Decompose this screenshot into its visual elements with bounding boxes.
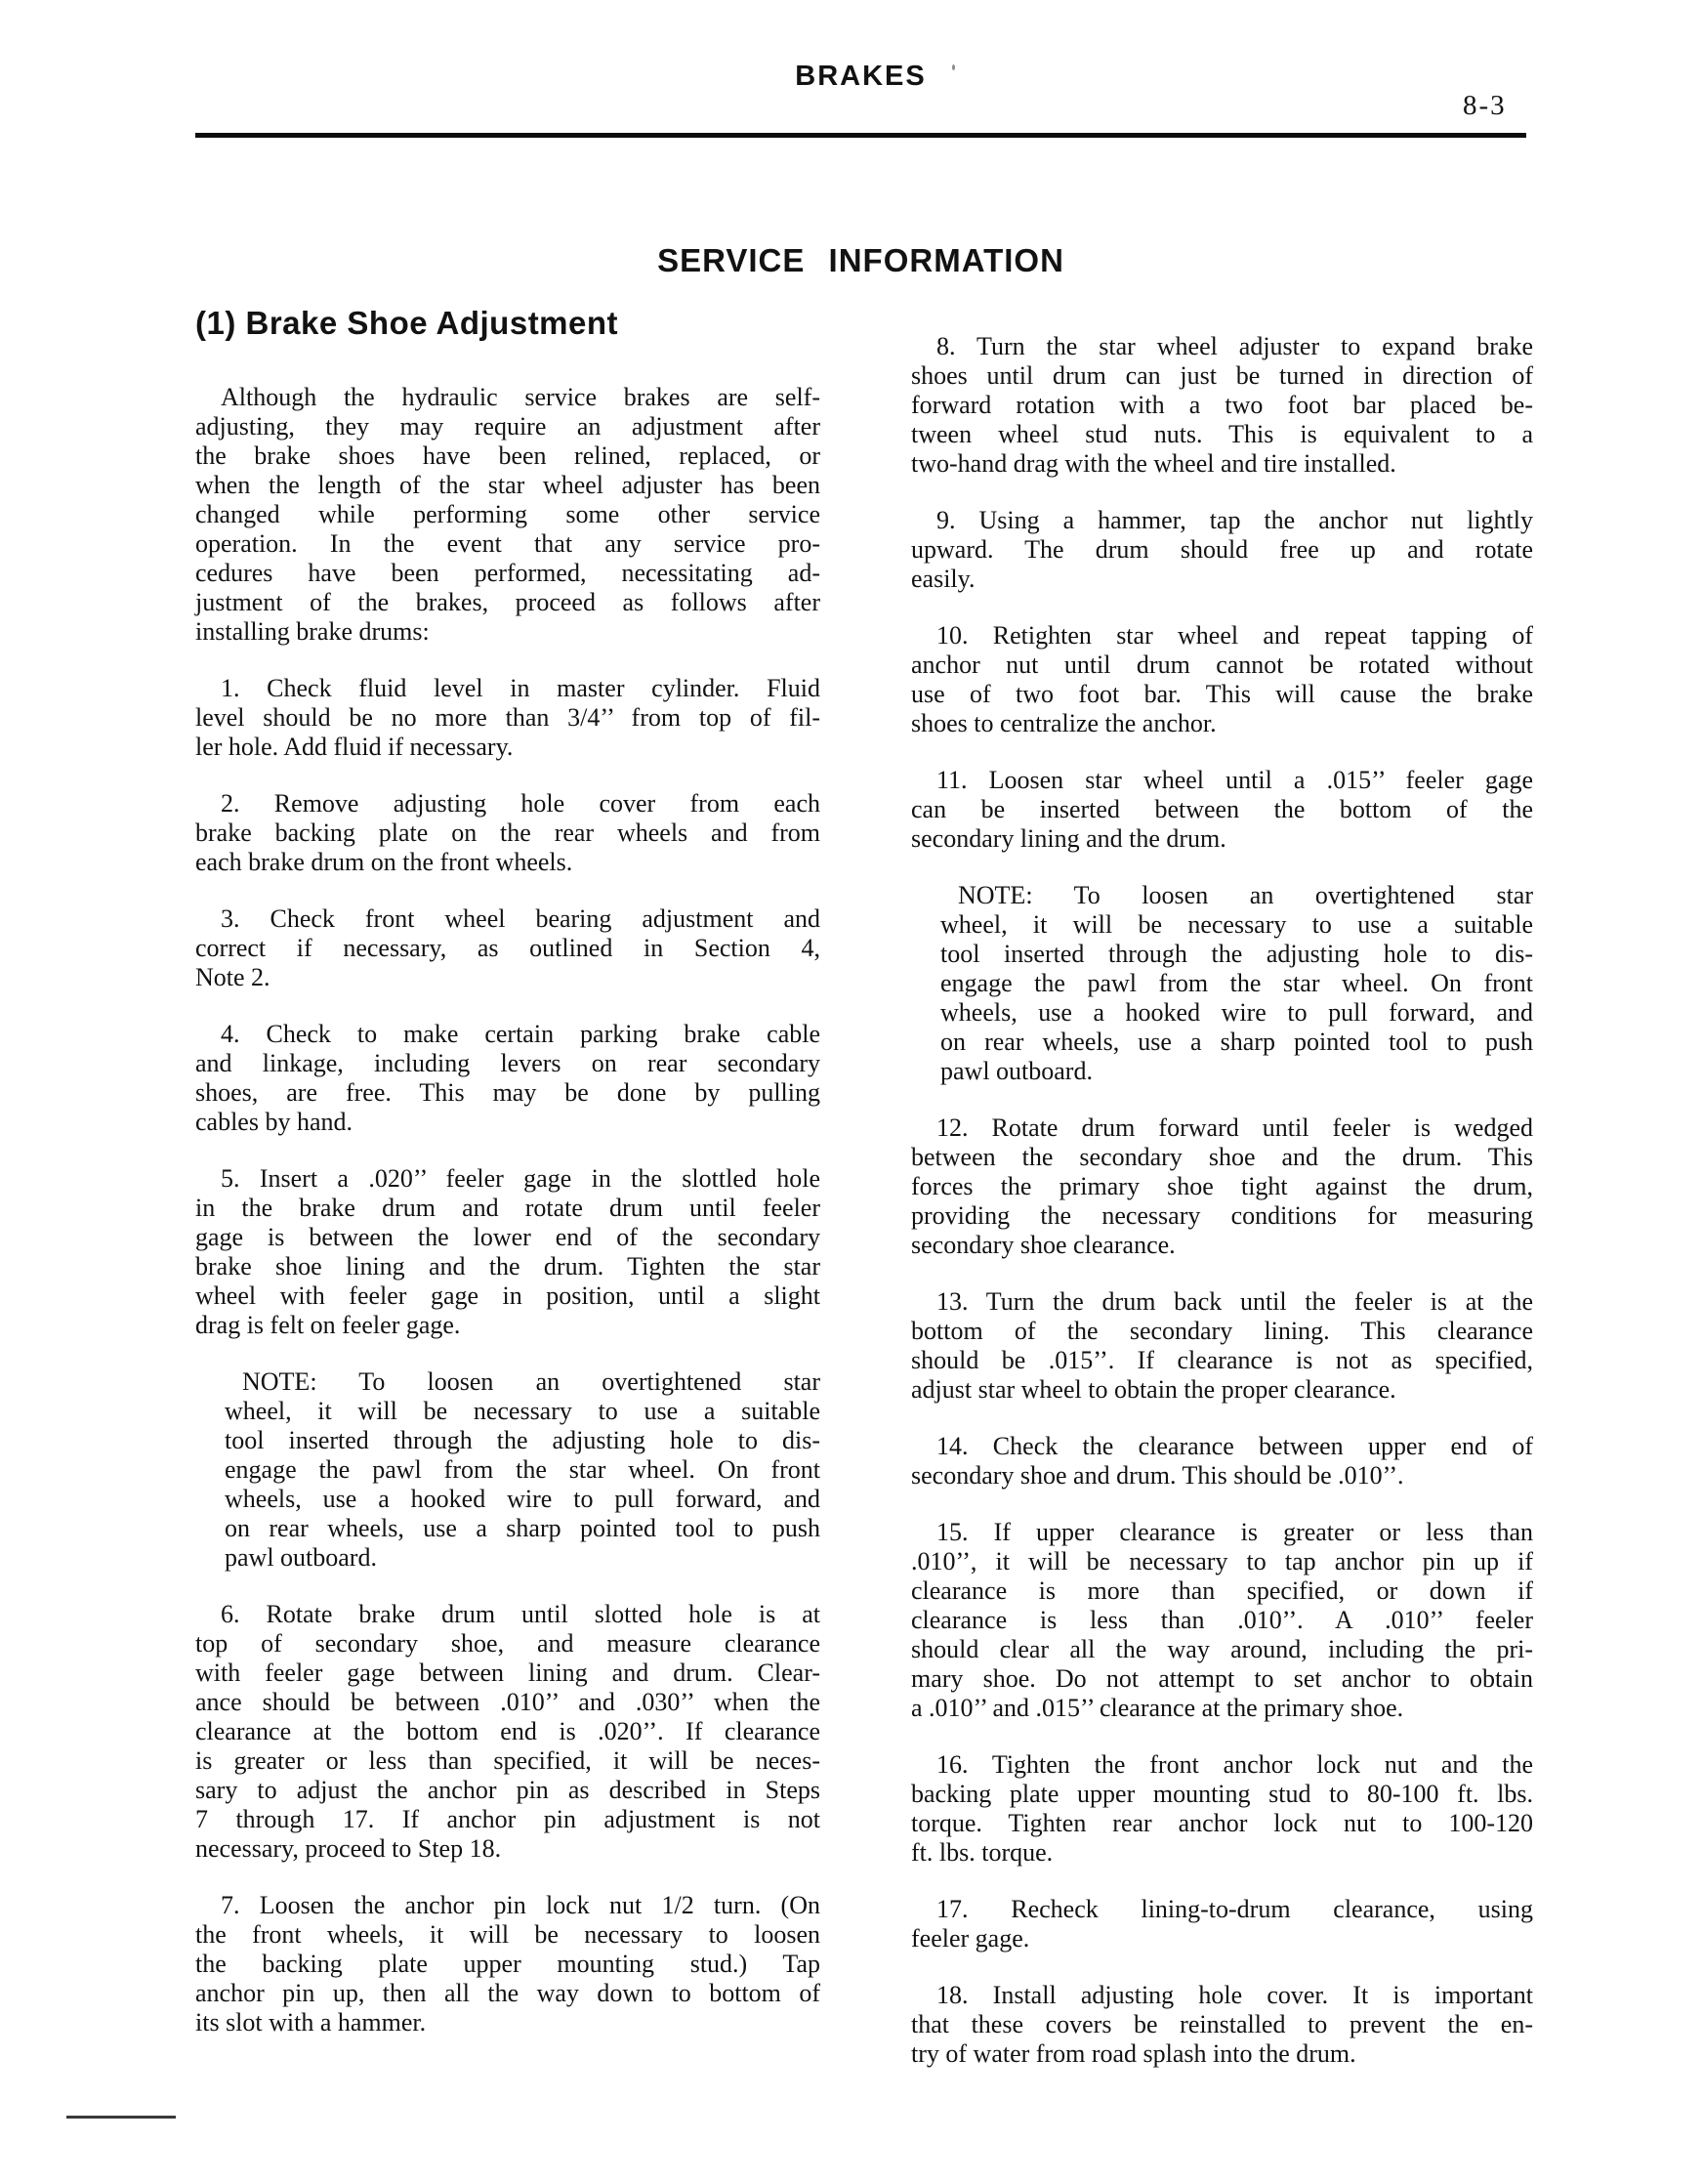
text-line: on rear wheels, use a sharp pointed tool…: [225, 1514, 820, 1543]
text-line: 7. Loosen the anchor pin lock nut 1/2 tu…: [195, 1891, 820, 1920]
text-line: is greater or less than specified, it wi…: [195, 1746, 820, 1776]
step-paragraph: 6. Rotate brake drum until slotted hole …: [195, 1600, 820, 1864]
text-line: pawl outboard.: [940, 1057, 1533, 1086]
text-line: wheel, it will be necessary to use a sui…: [225, 1397, 820, 1426]
step-paragraph: 11. Loosen star wheel until a .015’’ fee…: [911, 766, 1533, 854]
text-line: ft. lbs. torque.: [911, 1838, 1533, 1868]
text-line: secondary shoe clearance.: [911, 1231, 1533, 1260]
text-line: drag is felt on feeler gage.: [195, 1311, 820, 1340]
text-line: operation. In the event that any service…: [195, 529, 820, 559]
text-line: changed while performing some other serv…: [195, 500, 820, 529]
text-line: 7 through 17. If anchor pin adjustment i…: [195, 1805, 820, 1834]
text-line: 6. Rotate brake drum until slotted hole …: [195, 1600, 820, 1629]
left-column-paragraphs: Although the hydraulic service brakes ar…: [195, 383, 820, 2037]
text-line: should be .015’’. If clearance is not as…: [911, 1346, 1533, 1375]
text-line: brake backing plate on the rear wheels a…: [195, 819, 820, 848]
text-line: its slot with a hammer.: [195, 2008, 820, 2037]
text-line: 2. Remove adjusting hole cover from each: [195, 789, 820, 819]
text-line: gage is between the lower end of the sec…: [195, 1223, 820, 1252]
text-line: use of two foot bar. This will cause the…: [911, 680, 1533, 709]
text-line: shoes, are free. This may be done by pul…: [195, 1078, 820, 1108]
text-line: wheels, use a hooked wire to pull forwar…: [225, 1485, 820, 1514]
step-paragraph: 13. Turn the drum back until the feeler …: [911, 1287, 1533, 1405]
text-line: backing plate upper mounting stud to 80-…: [911, 1780, 1533, 1809]
text-line: 3. Check front wheel bearing adjustment …: [195, 904, 820, 934]
text-line: 16. Tighten the front anchor lock nut an…: [911, 1750, 1533, 1780]
step-paragraph: 7. Loosen the anchor pin lock nut 1/2 tu…: [195, 1891, 820, 2037]
step-paragraph: 15. If upper clearance is greater or les…: [911, 1518, 1533, 1723]
text-line: adjusting, they may require an adjustmen…: [195, 412, 820, 441]
left-column: (1) Brake Shoe Adjustment Although the h…: [195, 309, 820, 2037]
step-paragraph: 5. Insert a .020’’ feeler gage in the sl…: [195, 1164, 820, 1340]
section-heading: (1) Brake Shoe Adjustment: [195, 309, 820, 338]
text-line: mary shoe. Do not attempt to set anchor …: [911, 1664, 1533, 1694]
text-line: shoes to centralize the anchor.: [911, 709, 1533, 738]
text-line: NOTE: To loosen an overtightened star: [225, 1367, 820, 1397]
text-line: that these covers be reinstalled to prev…: [911, 2010, 1533, 2039]
text-line: shoes until drum can just be turned in d…: [911, 361, 1533, 391]
text-line: a .010’’ and .015’’ clearance at the pri…: [911, 1694, 1533, 1723]
text-line: torque. Tighten rear anchor lock nut to …: [911, 1809, 1533, 1838]
text-line: .010’’, it will be necessary to tap anch…: [911, 1547, 1533, 1576]
text-line: 18. Install adjusting hole cover. It is …: [911, 1981, 1533, 2010]
step-paragraph: 12. Rotate drum forward until feeler is …: [911, 1113, 1533, 1260]
text-line: can be inserted between the bottom of th…: [911, 795, 1533, 824]
text-line: tool inserted through the adjusting hole…: [225, 1426, 820, 1455]
text-line: pawl outboard.: [225, 1543, 820, 1573]
text-line: should clear all the way around, includi…: [911, 1635, 1533, 1664]
text-line: tool inserted through the adjusting hole…: [940, 940, 1533, 969]
text-line: NOTE: To loosen an overtightened star: [940, 881, 1533, 910]
service-information-title: SERVICE INFORMATION: [195, 242, 1526, 279]
scan-speck: [952, 64, 955, 70]
text-line: 5. Insert a .020’’ feeler gage in the sl…: [195, 1164, 820, 1194]
text-line: feeler gage.: [911, 1924, 1533, 1953]
intro-paragraph: Although the hydraulic service brakes ar…: [195, 383, 820, 647]
text-line: 8. Turn the star wheel adjuster to expan…: [911, 332, 1533, 361]
text-line: 12. Rotate drum forward until feeler is …: [911, 1113, 1533, 1143]
text-line: the front wheels, it will be necessary t…: [195, 1920, 820, 1950]
text-line: justment of the brakes, proceed as follo…: [195, 588, 820, 617]
text-line: 14. Check the clearance between upper en…: [911, 1432, 1533, 1461]
text-line: clearance is less than .010’’. A .010’’ …: [911, 1606, 1533, 1635]
text-line: each brake drum on the front wheels.: [195, 848, 820, 877]
page-header-title: BRAKES: [195, 61, 1526, 93]
text-line: Although the hydraulic service brakes ar…: [195, 383, 820, 412]
text-line: cedures have been performed, necessitati…: [195, 559, 820, 588]
right-column: 8. Turn the star wheel adjuster to expan…: [911, 332, 1533, 2069]
note-paragraph: NOTE: To loosen an overtightened starwhe…: [225, 1367, 820, 1573]
step-paragraph: 1. Check fluid level in master cylinder.…: [195, 674, 820, 762]
page-number: 8-3: [1463, 90, 1531, 122]
text-line: top of secondary shoe, and measure clear…: [195, 1629, 820, 1659]
text-line: 17. Recheck lining-to-drum clearance, us…: [911, 1895, 1533, 1924]
text-line: with feeler gage between lining and drum…: [195, 1659, 820, 1688]
text-line: 15. If upper clearance is greater or les…: [911, 1518, 1533, 1547]
text-line: easily.: [911, 565, 1533, 594]
text-line: clearance at the bottom end is .020’’. I…: [195, 1717, 820, 1746]
text-line: anchor pin up, then all the way down to …: [195, 1979, 820, 2008]
text-line: cables by hand.: [195, 1108, 820, 1137]
text-line: engage the pawl from the star wheel. On …: [225, 1455, 820, 1485]
text-line: the brake shoes have been relined, repla…: [195, 441, 820, 471]
text-line: engage the pawl from the star wheel. On …: [940, 969, 1533, 998]
right-column-paragraphs: 8. Turn the star wheel adjuster to expan…: [911, 332, 1533, 2069]
text-line: 10. Retighten star wheel and repeat tapp…: [911, 621, 1533, 651]
step-paragraph: 2. Remove adjusting hole cover from each…: [195, 789, 820, 877]
text-line: 4. Check to make certain parking brake c…: [195, 1020, 820, 1049]
step-paragraph: 17. Recheck lining-to-drum clearance, us…: [911, 1895, 1533, 1953]
text-line: two-hand drag with the wheel and tire in…: [911, 449, 1533, 479]
text-line: when the length of the star wheel adjust…: [195, 471, 820, 500]
text-line: correct if necessary, as outlined in Sec…: [195, 934, 820, 963]
text-line: brake shoe lining and the drum. Tighten …: [195, 1252, 820, 1281]
step-paragraph: 14. Check the clearance between upper en…: [911, 1432, 1533, 1491]
text-line: 11. Loosen star wheel until a .015’’ fee…: [911, 766, 1533, 795]
text-line: 1. Check fluid level in master cylinder.…: [195, 674, 820, 703]
text-line: in the brake drum and rotate drum until …: [195, 1194, 820, 1223]
step-paragraph: 4. Check to make certain parking brake c…: [195, 1020, 820, 1137]
text-line: 9. Using a hammer, tap the anchor nut li…: [911, 506, 1533, 535]
text-line: try of water from road splash into the d…: [911, 2039, 1533, 2069]
text-line: anchor nut until drum cannot be rotated …: [911, 651, 1533, 680]
text-line: providing the necessary conditions for m…: [911, 1201, 1533, 1231]
text-line: clearance is more than specified, or dow…: [911, 1576, 1533, 1606]
text-line: installing brake drums:: [195, 617, 820, 647]
text-line: bottom of the secondary lining. This cle…: [911, 1317, 1533, 1346]
text-line: tween wheel stud nuts. This is equivalen…: [911, 420, 1533, 449]
step-paragraph: 18. Install adjusting hole cover. It is …: [911, 1981, 1533, 2069]
note-paragraph: NOTE: To loosen an overtightened starwhe…: [940, 881, 1533, 1086]
text-line: Note 2.: [195, 963, 820, 992]
text-line: adjust star wheel to obtain the proper c…: [911, 1375, 1533, 1405]
text-line: wheel, it will be necessary to use a sui…: [940, 910, 1533, 940]
text-line: sary to adjust the anchor pin as describ…: [195, 1776, 820, 1805]
text-line: and linkage, including levers on rear se…: [195, 1049, 820, 1078]
text-line: between the secondary shoe and the drum.…: [911, 1143, 1533, 1172]
text-line: forward rotation with a two foot bar pla…: [911, 391, 1533, 420]
text-line: on rear wheels, use a sharp pointed tool…: [940, 1028, 1533, 1057]
text-line: forces the primary shoe tight against th…: [911, 1172, 1533, 1201]
text-line: ler hole. Add fluid if necessary.: [195, 733, 820, 762]
text-line: secondary lining and the drum.: [911, 824, 1533, 854]
step-paragraph: 16. Tighten the front anchor lock nut an…: [911, 1750, 1533, 1868]
text-line: secondary shoe and drum. This should be …: [911, 1461, 1533, 1491]
step-paragraph: 3. Check front wheel bearing adjustment …: [195, 904, 820, 992]
header-rule: [195, 133, 1526, 138]
text-line: 13. Turn the drum back until the feeler …: [911, 1287, 1533, 1317]
scan-artifact-line: [66, 2116, 176, 2119]
text-line: wheels, use a hooked wire to pull forwar…: [940, 998, 1533, 1028]
step-paragraph: 10. Retighten star wheel and repeat tapp…: [911, 621, 1533, 738]
text-line: ance should be between .010’’ and .030’’…: [195, 1688, 820, 1717]
manual-page: BRAKES 8-3 SERVICE INFORMATION (1) Brake…: [0, 0, 1703, 2184]
text-line: upward. The drum should free up and rota…: [911, 535, 1533, 565]
text-line: wheel with feeler gage in position, unti…: [195, 1281, 820, 1311]
step-paragraph: 9. Using a hammer, tap the anchor nut li…: [911, 506, 1533, 594]
text-line: necessary, proceed to Step 18.: [195, 1834, 820, 1864]
text-line: level should be no more than 3/4’’ from …: [195, 703, 820, 733]
step-paragraph: 8. Turn the star wheel adjuster to expan…: [911, 332, 1533, 479]
text-line: the backing plate upper mounting stud.) …: [195, 1950, 820, 1979]
